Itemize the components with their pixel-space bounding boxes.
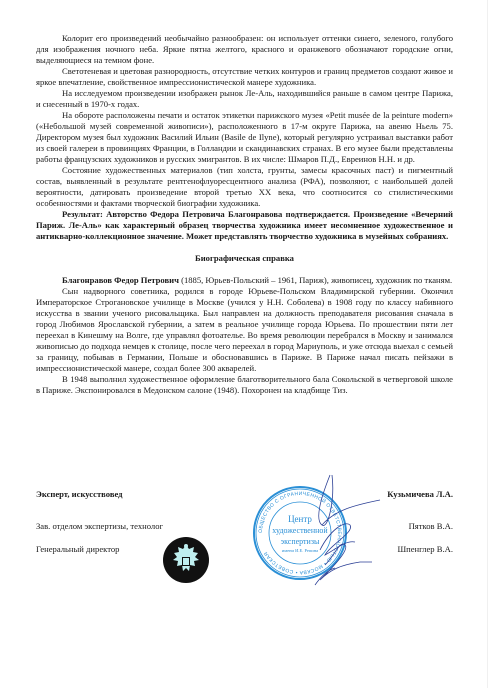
bio-intro-rest: (1885, Юрьев-Польский – 1961, Париж), жи…: [179, 275, 452, 285]
document-page: Колорит его произведений необычайно разн…: [0, 0, 500, 688]
director-title: Генеральный директор: [36, 544, 119, 555]
handwritten-signatures: [310, 470, 390, 590]
director-name: Шпенглер В.А.: [397, 544, 453, 555]
bio-paragraph-career: Сын надворного советника, родился в горо…: [36, 286, 453, 374]
head-title: Зав. отделом экспертизы, технолог: [36, 521, 163, 532]
bio-paragraph-later: В 1948 выполнил художественное оформлени…: [36, 374, 453, 396]
bio-heading: Биографическая справка: [36, 253, 453, 264]
paragraph-subject: На исследуемом произведении изображен ры…: [36, 88, 453, 110]
expert-title: Эксперт, искусствовед: [36, 489, 123, 500]
coat-of-arms-seal-icon: [162, 536, 210, 584]
bio-name: Благонравов Федор Петрович: [62, 275, 179, 285]
paragraph-colorit: Колорит его произведений необычайно разн…: [36, 33, 453, 66]
page-edge: [487, 0, 488, 688]
document-body: Колорит его произведений необычайно разн…: [36, 33, 453, 396]
paragraph-reverse-side: На обороте расположены печати и остаток …: [36, 110, 453, 165]
paragraph-materials: Состояние художественных материалов (тип…: [36, 165, 453, 209]
paragraph-chiaroscuro: Светотеневая и цветовая разнородность, о…: [36, 66, 453, 88]
bio-intro: Благонравов Федор Петрович (1885, Юрьев-…: [36, 275, 453, 286]
head-name: Пятков В.А.: [409, 521, 453, 532]
expert-name: Кузьмичева Л.А.: [387, 489, 453, 500]
result-paragraph: Результат: Авторство Федора Петровича Бл…: [36, 209, 453, 242]
stamp-line-1: Центр: [288, 514, 312, 524]
